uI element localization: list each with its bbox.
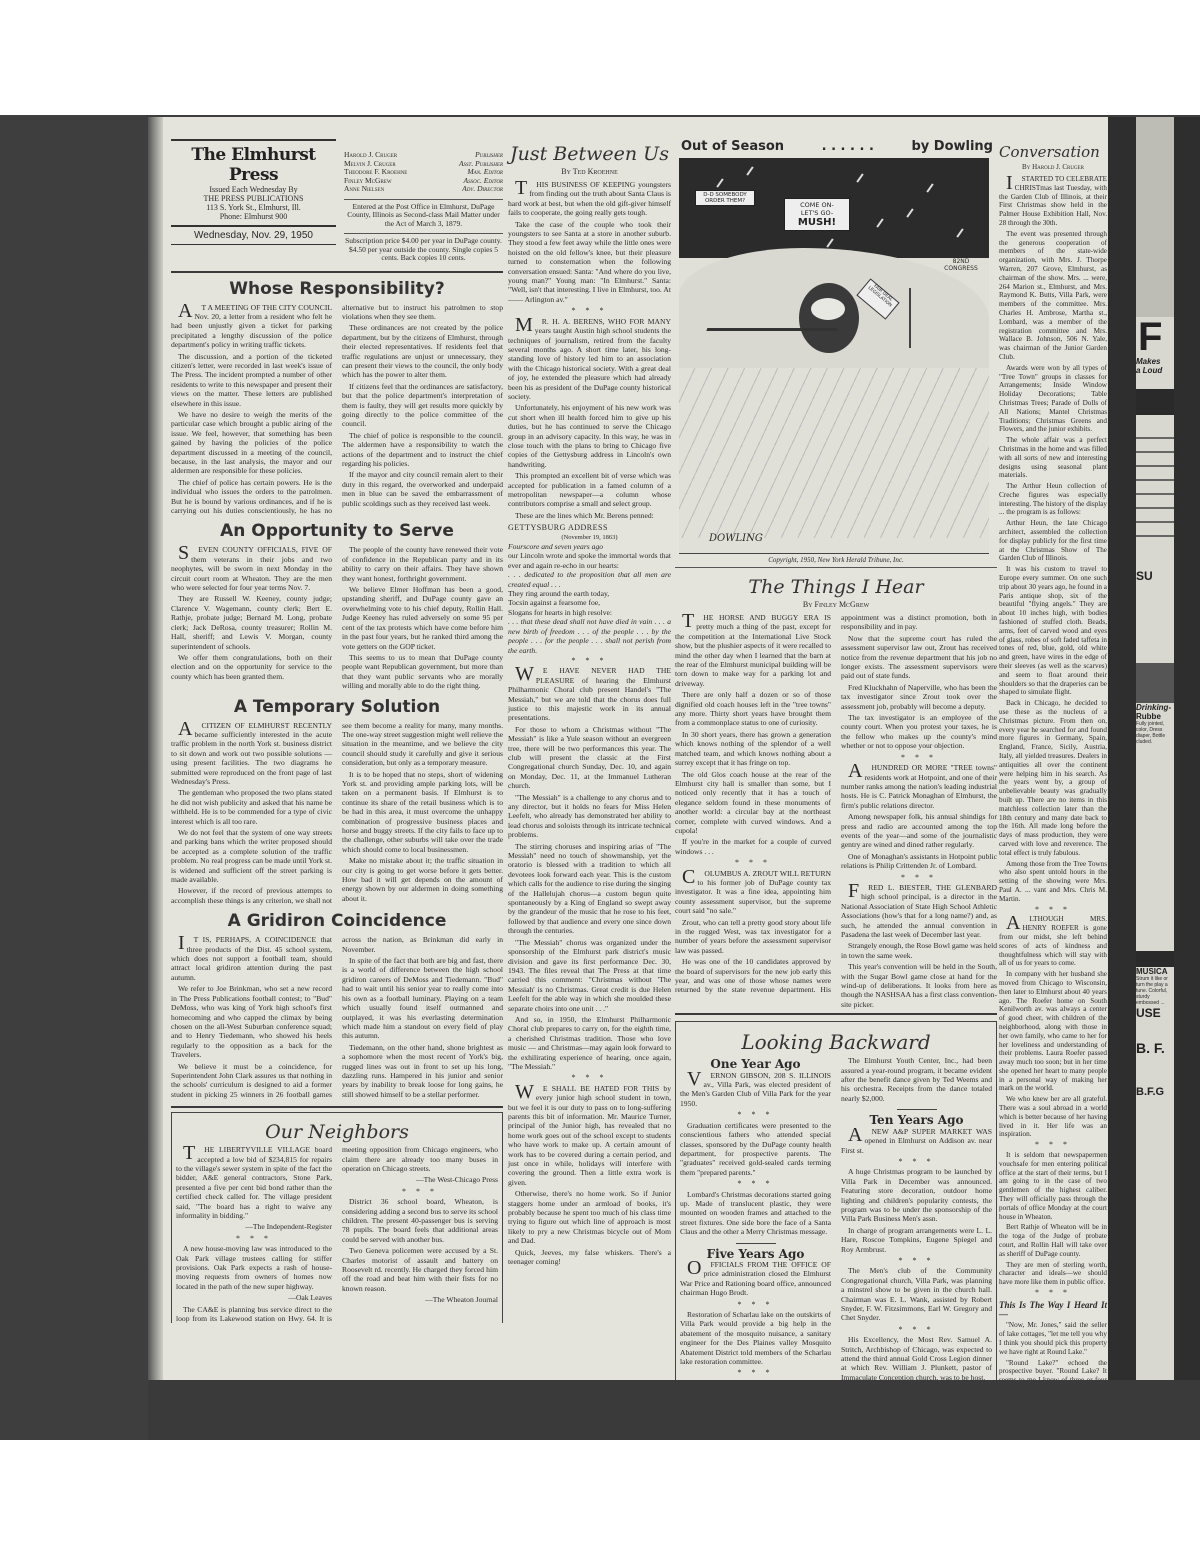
editorial-body: AT A MEETING OF THE CITY COUNCIL Nov. 20… (171, 303, 503, 516)
editorial-headline: A Temporary Solution (171, 697, 503, 717)
byline: By Finley McGrew (675, 600, 997, 609)
editorial-cartoon: D-D SOMEBODY ORDER THEM? COME ON- LET'S … (679, 158, 989, 554)
divider (171, 1106, 503, 1108)
conversation-column: Conversation By Harold J. Cruger I START… (999, 117, 1107, 1380)
staff-row: Anne NielsenAdv. Director (344, 185, 503, 194)
editorial-body: IT IS, PERHAPS, A COINCIDENCE that three… (171, 935, 503, 1100)
speech-bubble: D-D SOMEBODY ORDER THEM? (695, 190, 755, 206)
column-title: Conversation (999, 143, 1107, 161)
section-title: Looking Backward (680, 1030, 992, 1054)
looking-backward-box: Looking Backward One Year Ago VERNON GIB… (675, 1021, 997, 1380)
cartoonist-signature: DOWLING (709, 533, 763, 544)
byline: By Ted Kroehne (508, 167, 671, 176)
subhead: This Is The Way I Heard It— (999, 1301, 1107, 1319)
byline: By Harold J. Cruger (999, 163, 1107, 171)
scan-bottom-band (148, 1380, 1200, 1440)
donkeys (909, 288, 981, 348)
masthead: The Elmhurst Press Issued Each Wednesday… (171, 117, 503, 263)
editorial-column: The Elmhurst Press Issued Each Wednesday… (171, 117, 503, 1323)
editorial-headline: Whose Responsibility? (171, 279, 503, 299)
page-edge (148, 117, 164, 1380)
speech-bubble-main: COME ON- LET'S GO- MUSH! (784, 198, 850, 231)
divider (171, 271, 503, 273)
editorial-headline: An Opportunity to Serve (171, 521, 503, 541)
things-i-hear-body: THE HORSE AND BUGGY ERA IS pretty much a… (675, 613, 997, 1009)
cartoon-title: Out of Season . . . . . . by Dowling (681, 139, 993, 154)
issue-date: Wednesday, Nov. 29, 1950 (171, 225, 336, 245)
staff-box: Harold J. CrugerPublisher Melvin J. Crug… (344, 139, 503, 263)
congress-label: 82ND CONGRESS (937, 258, 985, 272)
column-title: Just Between Us (508, 143, 671, 165)
newspaper-flag: The Elmhurst Press (171, 139, 336, 185)
poem-title: GETTYSBURG ADDRESS (508, 523, 671, 532)
column-title: The Things I Hear (675, 576, 997, 598)
snowfield (679, 368, 989, 538)
our-neighbors-box: Our Neighbors THE LIBERTYVILLE VILLAGE b… (171, 1112, 503, 1323)
editorial-body: SEVEN COUNTY OFFICIALS, FIVE OF them vet… (171, 545, 503, 690)
editorial-headline: A Gridiron Coincidence (171, 911, 503, 931)
center-right-column: Out of Season . . . . . . by Dowling D-D… (675, 117, 997, 1380)
section-title: Our Neighbors (176, 1121, 498, 1143)
postal-notice: Entered at the Post Office in Elmhurst, … (344, 199, 503, 229)
newspaper-page: The Elmhurst Press Issued Each Wednesday… (163, 117, 1108, 1380)
poem: Fourscore and seven years ago our Lincol… (508, 542, 671, 655)
copyright-line: Copyright, 1950, New York Herald Tribune… (675, 556, 997, 564)
editorial-body: A CITIZEN OF ELMHURST RECENTLY became su… (171, 721, 503, 906)
adjacent-page-ad-strip: F Makes a Loud SU Drinking- Rubbe Fully … (1136, 117, 1174, 1380)
subscription-notice: Subscription price $4.00 per year in DuP… (344, 233, 503, 263)
just-between-us-column: Just Between Us By Ted Kroehne THIS BUSI… (508, 117, 671, 1269)
